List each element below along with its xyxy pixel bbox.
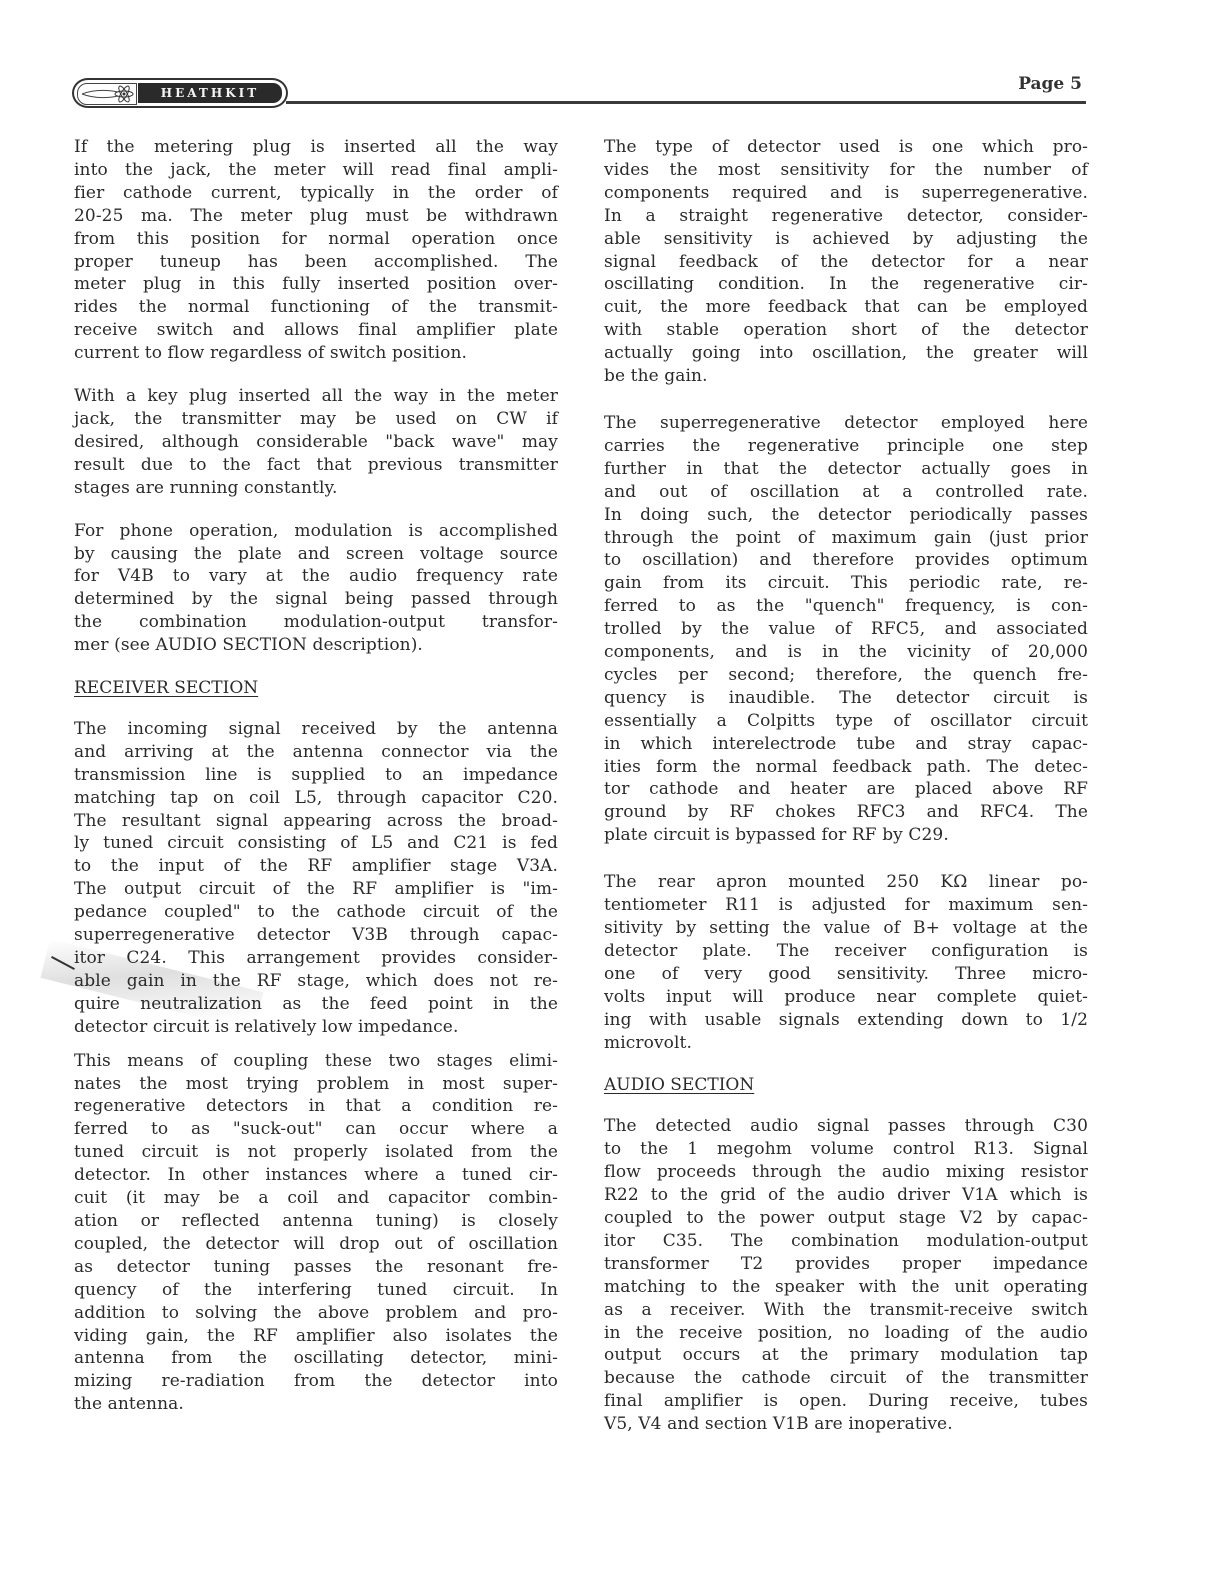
- text-line: With a key plug inserted all the way in …: [74, 385, 558, 408]
- text-line: If the metering plug is inserted all the…: [74, 136, 558, 159]
- text-line: The rear apron mounted 250 KΩ linear po-: [604, 871, 1088, 894]
- text-line: flow proceeds through the audio mixing r…: [604, 1161, 1088, 1184]
- text-line: antenna from the oscillating detector, m…: [74, 1347, 558, 1370]
- text-line: jack, the transmitter may be used on CW …: [74, 408, 558, 431]
- text-line: cycles per second; therefore, the quench…: [604, 664, 1088, 687]
- text-line: viding gain, the RF amplifier also isola…: [74, 1325, 558, 1348]
- text-line: detector. In other instances where a tun…: [74, 1164, 558, 1187]
- text-line: and out of oscillation at a controlled r…: [604, 481, 1088, 504]
- text-line: the antenna.: [74, 1393, 558, 1416]
- text-line: mer (see AUDIO SECTION description).: [74, 634, 558, 657]
- text-line: through the point of maximum gain (just …: [604, 527, 1088, 550]
- page-header: HEATHKIT Page 5: [72, 74, 1086, 108]
- text-line: volts input will produce near complete q…: [604, 986, 1088, 1009]
- text-line: meter plug in this fully inserted positi…: [74, 273, 558, 296]
- text-line: nates the most trying problem in most su…: [74, 1073, 558, 1096]
- text-line: result due to the fact that previous tra…: [74, 454, 558, 477]
- text-line: actually going into oscillation, the gre…: [604, 342, 1088, 365]
- text-line: components required and is superregenera…: [604, 182, 1088, 205]
- text-line: as a receiver. With the transmit-receive…: [604, 1299, 1088, 1322]
- text-line: from this position for normal operation …: [74, 228, 558, 251]
- text-line: ation or reflected antenna tuning) is cl…: [74, 1210, 558, 1233]
- text-line: superregenerative detector V3B through c…: [74, 924, 558, 947]
- text-line: to oscillation) and therefore provides o…: [604, 549, 1088, 572]
- text-line: able gain in the RF stage, which does no…: [74, 970, 558, 993]
- text-line: oscillating condition. In the regenerati…: [604, 273, 1088, 296]
- text-line: in the receive position, no loading of t…: [604, 1322, 1088, 1345]
- text-line: stages are running constantly.: [74, 477, 558, 500]
- text-line: able sensitivity is achieved by adjustin…: [604, 228, 1088, 251]
- text-line: pedance coupled" to the cathode circuit …: [74, 901, 558, 924]
- text-line: gain from its circuit. This periodic rat…: [604, 572, 1088, 595]
- text-line: as detector tuning passes the resonant f…: [74, 1256, 558, 1279]
- paragraph-key-plug: With a key plug inserted all the way in …: [74, 385, 558, 500]
- text-line: quency is inaudible. The detector circui…: [604, 687, 1088, 710]
- text-line: one of very good sensitivity. Three micr…: [604, 963, 1088, 986]
- page-number: Page 5: [1018, 74, 1082, 94]
- text-line: 20-25 ma. The meter plug must be withdra…: [74, 205, 558, 228]
- text-line: determined by the signal being passed th…: [74, 588, 558, 611]
- text-line: final amplifier is open. During receive,…: [604, 1390, 1088, 1413]
- right-column: The type of detector used is one which p…: [604, 136, 1088, 1456]
- text-line: This means of coupling these two stages …: [74, 1050, 558, 1073]
- text-line: plate circuit is bypassed for RF by C29.: [604, 824, 1088, 847]
- text-line: The detected audio signal passes through…: [604, 1115, 1088, 1138]
- text-line: transmission line is supplied to an impe…: [74, 764, 558, 787]
- text-line: and arriving at the antenna connector vi…: [74, 741, 558, 764]
- text-line: tor cathode and heater are placed above …: [604, 778, 1088, 801]
- text-line: detector plate. The receiver configurati…: [604, 940, 1088, 963]
- text-line: The superregenerative detector employed …: [604, 412, 1088, 435]
- left-column: If the metering plug is inserted all the…: [74, 136, 558, 1436]
- text-line: microvolt.: [604, 1032, 1088, 1055]
- text-line: itor C24. This arrangement provides cons…: [74, 947, 558, 970]
- text-line: further in that the detector actually go…: [604, 458, 1088, 481]
- text-line: current to flow regardless of switch pos…: [74, 342, 558, 365]
- text-line: to the input of the RF amplifier stage V…: [74, 855, 558, 878]
- text-line: detector circuit is relatively low imped…: [74, 1016, 558, 1039]
- text-line: fier cathode current, typically in the o…: [74, 182, 558, 205]
- text-line: matching tap on coil L5, through capacit…: [74, 787, 558, 810]
- text-line: desired, although considerable "back wav…: [74, 431, 558, 454]
- heathkit-logo: HEATHKIT: [72, 78, 288, 108]
- paragraph-superregenerative: The superregenerative detector employed …: [604, 412, 1088, 847]
- text-line: ities form the normal feedback path. The…: [604, 756, 1088, 779]
- text-line: The type of detector used is one which p…: [604, 136, 1088, 159]
- text-line: vides the most sensitivity for the numbe…: [604, 159, 1088, 182]
- text-line: in which interelectrode tube and stray c…: [604, 733, 1088, 756]
- text-line: with stable operation short of the detec…: [604, 319, 1088, 342]
- text-line: addition to solving the above problem an…: [74, 1302, 558, 1325]
- text-line: The incoming signal received by the ante…: [74, 718, 558, 741]
- text-line: essentially a Colpitts type of oscillato…: [604, 710, 1088, 733]
- text-line: trolled by the value of RFC5, and associ…: [604, 618, 1088, 641]
- text-line: In doing such, the detector periodically…: [604, 504, 1088, 527]
- text-line: proper tuneup has been accomplished. The: [74, 251, 558, 274]
- text-line: sitivity by setting the value of B+ volt…: [604, 917, 1088, 940]
- paragraph-incoming-signal: The incoming signal received by the ante…: [74, 718, 558, 1039]
- text-line: rides the normal functioning of the tran…: [74, 296, 558, 319]
- text-line: tuned circuit is not properly isolated f…: [74, 1141, 558, 1164]
- section-heading-audio: AUDIO SECTION: [604, 1074, 1088, 1097]
- text-line: The resultant signal appearing across th…: [74, 810, 558, 833]
- text-line: to the 1 megohm volume control R13. Sign…: [604, 1138, 1088, 1161]
- paragraph-metering-plug: If the metering plug is inserted all the…: [74, 136, 558, 365]
- text-line: ferred to as "suck-out" can occur where …: [74, 1118, 558, 1141]
- text-line: cuit (it may be a coil and capacitor com…: [74, 1187, 558, 1210]
- text-line: receive switch and allows final amplifie…: [74, 319, 558, 342]
- paragraph-detector-type: The type of detector used is one which p…: [604, 136, 1088, 388]
- text-line: ground by RF chokes RFC3 and RFC4. The: [604, 801, 1088, 824]
- section-heading-receiver: RECEIVER SECTION: [74, 677, 558, 700]
- text-line: V5, V4 and section V1B are inoperative.: [604, 1413, 1088, 1436]
- text-line: The output circuit of the RF amplifier i…: [74, 878, 558, 901]
- text-line: ly tuned circuit consisting of L5 and C2…: [74, 832, 558, 855]
- text-line: itor C35. The combination modulation-out…: [604, 1230, 1088, 1253]
- paragraph-phone-operation: For phone operation, modulation is accom…: [74, 520, 558, 657]
- text-line: tentiometer R11 is adjusted for maximum …: [604, 894, 1088, 917]
- text-line: mizing re-radiation from the detector in…: [74, 1370, 558, 1393]
- pencil-mark: [51, 956, 75, 970]
- text-line: into the jack, the meter will read final…: [74, 159, 558, 182]
- text-line: In a straight regenerative detector, con…: [604, 205, 1088, 228]
- paragraph-potentiometer: The rear apron mounted 250 KΩ linear po-…: [604, 871, 1088, 1054]
- text-line: ferred to as the "quench" frequency, is …: [604, 595, 1088, 618]
- atom-icon: [77, 83, 137, 105]
- paragraph-coupling-stages: This means of coupling these two stages …: [74, 1050, 558, 1417]
- text-line: the combination modulation-output transf…: [74, 611, 558, 634]
- text-line: For phone operation, modulation is accom…: [74, 520, 558, 543]
- text-line: quency of the interfering tuned circuit.…: [74, 1279, 558, 1302]
- text-line: R22 to the grid of the audio driver V1A …: [604, 1184, 1088, 1207]
- text-line: carries the regenerative principle one s…: [604, 435, 1088, 458]
- text-line: by causing the plate and screen voltage …: [74, 543, 558, 566]
- text-line: components, and is in the vicinity of 20…: [604, 641, 1088, 664]
- text-line: coupled to the power output stage V2 by …: [604, 1207, 1088, 1230]
- text-line: output occurs at the primary modulation …: [604, 1344, 1088, 1367]
- text-line: be the gain.: [604, 365, 1088, 388]
- header-rule: [286, 101, 1086, 104]
- text-line: coupled, the detector will drop out of o…: [74, 1233, 558, 1256]
- text-line: regenerative detectors in that a conditi…: [74, 1095, 558, 1118]
- text-line: because the cathode circuit of the trans…: [604, 1367, 1088, 1390]
- text-line: matching to the speaker with the unit op…: [604, 1276, 1088, 1299]
- text-line: transformer T2 provides proper impedance: [604, 1253, 1088, 1276]
- paragraph-audio-signal: The detected audio signal passes through…: [604, 1115, 1088, 1436]
- text-line: ing with usable signals extending down t…: [604, 1009, 1088, 1032]
- text-line: quire neutralization as the feed point i…: [74, 993, 558, 1016]
- text-line: for V4B to vary at the audio frequency r…: [74, 565, 558, 588]
- brand-name: HEATHKIT: [138, 83, 282, 103]
- text-line: cuit, the more feedback that can be empl…: [604, 296, 1088, 319]
- text-line: signal feedback of the detector for a ne…: [604, 251, 1088, 274]
